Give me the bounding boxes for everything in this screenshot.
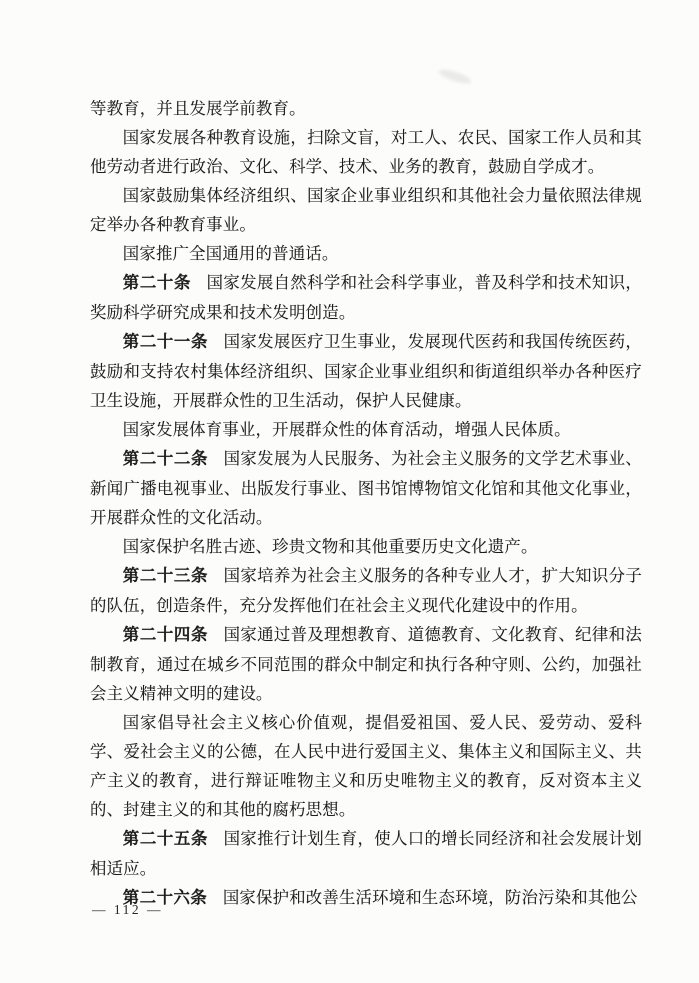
paragraph-text: 国家保护名胜古迹、珍贵文物和其他重要历史文化遗产。 bbox=[123, 537, 538, 556]
article-number: 第二十三条 bbox=[123, 567, 208, 585]
paragraph: 国家鼓励集体经济组织、国家企业事业组织和其他社会力量依照法律规定举办各种教育事业… bbox=[90, 181, 642, 239]
paragraph-article-25: 第二十五条国家推行计划生育，使人口的增长同经济和社会发展计划相适应。 bbox=[90, 824, 642, 883]
paragraph-article-26: 第二十六条国家保护和改善生活环境和生态环境，防治污染和其他公 bbox=[90, 883, 642, 913]
paragraph: 国家发展各种教育设施，扫除文盲，对工人、农民、国家工作人员和其他劳动者进行政治、… bbox=[90, 123, 642, 181]
paragraph-article-20: 第二十条国家发展自然科学和社会科学事业，普及科学和技术知识，奖励科学研究成果和技… bbox=[90, 268, 642, 327]
paragraph: 国家倡导社会主义核心价值观，提倡爱祖国、爱人民、爱劳动、爱科学、爱社会主义的公德… bbox=[90, 708, 642, 824]
paragraph-text: 国家推广全国通用的普通话。 bbox=[123, 244, 339, 263]
document-page: 等教育，并且发展学前教育。 国家发展各种教育设施，扫除文盲，对工人、农民、国家工… bbox=[0, 0, 699, 983]
article-number: 第二十条 bbox=[123, 274, 191, 292]
page-number: — 112 — bbox=[92, 902, 163, 917]
article-number: 第二十四条 bbox=[123, 626, 208, 644]
paragraph: 国家推广全国通用的普通话。 bbox=[90, 239, 642, 268]
paragraph: 国家发展体育事业，开展群众性的体育活动，增强人民体质。 bbox=[90, 415, 642, 444]
page-content: 等教育，并且发展学前教育。 国家发展各种教育设施，扫除文盲，对工人、农民、国家工… bbox=[90, 94, 642, 913]
paragraph: 国家保护名胜古迹、珍贵文物和其他重要历史文化遗产。 bbox=[90, 532, 642, 561]
paragraph-continuation: 等教育，并且发展学前教育。 bbox=[90, 94, 642, 123]
article-number: 第二十五条 bbox=[123, 830, 208, 848]
paragraph-article-23: 第二十三条国家培养为社会主义服务的各种专业人才，扩大知识分子的队伍，创造条件，充… bbox=[90, 561, 642, 620]
paragraph-article-22: 第二十二条国家发展为人民服务、为社会主义服务的文学艺术事业、新闻广播电视事业、出… bbox=[90, 444, 642, 532]
paragraph-text: 国家发展各种教育设施，扫除文盲，对工人、农民、国家工作人员和其他劳动者进行政治、… bbox=[90, 128, 642, 176]
paragraph-text: 国家倡导社会主义核心价值观，提倡爱祖国、爱人民、爱劳动、爱科学、爱社会主义的公德… bbox=[90, 713, 642, 819]
paragraph-text: 国家发展体育事业，开展群众性的体育活动，增强人民体质。 bbox=[123, 420, 571, 439]
scan-smudge-artifact bbox=[437, 67, 472, 86]
paragraph-article-24: 第二十四条国家通过普及理想教育、道德教育、文化教育、纪律和法制教育，通过在城乡不… bbox=[90, 620, 642, 708]
paragraph-text: 国家保护和改善生活环境和生态环境，防治污染和其他公 bbox=[223, 888, 638, 907]
article-number: 第二十一条 bbox=[123, 333, 208, 351]
paragraph-text: 等教育，并且发展学前教育。 bbox=[90, 99, 306, 118]
paragraph-text: 国家鼓励集体经济组织、国家企业事业组织和其他社会力量依照法律规定举办各种教育事业… bbox=[90, 186, 642, 234]
article-number: 第二十二条 bbox=[123, 450, 208, 468]
page-footer: — 112 — bbox=[92, 902, 163, 918]
paragraph-article-21: 第二十一条国家发展医疗卫生事业，发展现代医药和我国传统医药，鼓励和支持农村集体经… bbox=[90, 327, 642, 415]
